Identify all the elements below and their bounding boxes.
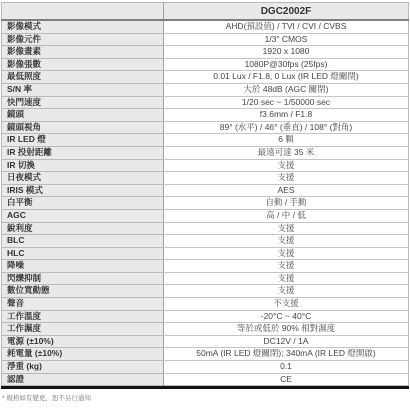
spec-table-body: 影像模式 AHD(預設值) / TVI / CVI / CVBS 影像元件 1/… — [2, 20, 409, 386]
spec-value-cell: 支援 — [164, 172, 409, 185]
spec-value-cell: 支援 — [164, 235, 409, 248]
spec-sheet: DGC2002F 影像模式 AHD(預設值) / TVI / CVI / CVB… — [1, 2, 409, 389]
spec-row: IR 投射距離 最遠可達 35 米 — [2, 146, 409, 159]
spec-value-cell: 1920 x 1080 — [164, 46, 409, 59]
spec-label-cell: 影像元件 — [2, 33, 164, 46]
spec-label-cell: 鏡頭視角 — [2, 121, 164, 134]
spec-value-cell: 高 / 中 / 低 — [164, 209, 409, 222]
spec-label-cell: 數位寬動態 — [2, 285, 164, 298]
spec-row: 影像模式 AHD(預設值) / TVI / CVI / CVBS — [2, 20, 409, 33]
spec-row: S/N 率 大於 48dB (AGC 關閉) — [2, 83, 409, 96]
spec-label-cell: 閃爍抑制 — [2, 272, 164, 285]
spec-label-cell: HLC — [2, 247, 164, 260]
header-empty-cell — [2, 3, 164, 21]
spec-row: 工作濕度 等於或低於 90% 相對濕度 — [2, 323, 409, 336]
spec-table: DGC2002F 影像模式 AHD(預設值) / TVI / CVI / CVB… — [1, 2, 409, 386]
spec-value-cell: 支援 — [164, 260, 409, 273]
spec-row: 影像張數 1080P@30fps (25fps) — [2, 58, 409, 71]
spec-value-cell: 0.1 — [164, 361, 409, 374]
spec-label-cell: 電源 (±10%) — [2, 335, 164, 348]
spec-value-cell: 6 顆 — [164, 134, 409, 147]
spec-label-cell: 淨重 (kg) — [2, 361, 164, 374]
spec-label-cell: 最低照度 — [2, 71, 164, 84]
spec-value-cell: 1/3" CMOS — [164, 33, 409, 46]
spec-value-cell: 最遠可達 35 米 — [164, 146, 409, 159]
spec-value-cell: 自動 / 手動 — [164, 197, 409, 210]
spec-row: 銳利度 支援 — [2, 222, 409, 235]
spec-label-cell: IR 投射距離 — [2, 146, 164, 159]
footnote: * 規格如有變更，恕不另行通知 — [2, 393, 402, 402]
table-bottom-rule — [1, 386, 409, 389]
spec-value-cell: 不支援 — [164, 298, 409, 311]
spec-row: 聲音 不支援 — [2, 298, 409, 311]
spec-row: IRIS 模式 AES — [2, 184, 409, 197]
spec-value-cell: 1/20 sec ~ 1/50000 sec — [164, 96, 409, 109]
spec-row: BLC 支援 — [2, 235, 409, 248]
spec-value-cell: AHD(預設值) / TVI / CVI / CVBS — [164, 20, 409, 33]
spec-value-cell: 大於 48dB (AGC 關閉) — [164, 83, 409, 96]
spec-row: 日夜模式 支援 — [2, 172, 409, 185]
spec-label-cell: IRIS 模式 — [2, 184, 164, 197]
spec-value-cell: AES — [164, 184, 409, 197]
spec-value-cell: 支援 — [164, 285, 409, 298]
spec-label-cell: 日夜模式 — [2, 172, 164, 185]
spec-row: 工作溫度 -20°C ~ 40°C — [2, 310, 409, 323]
spec-label-cell: IR LED 燈 — [2, 134, 164, 147]
spec-row: 降噪 支援 — [2, 260, 409, 273]
spec-label-cell: 影像畫素 — [2, 46, 164, 59]
spec-row: 白平衡 自動 / 手動 — [2, 197, 409, 210]
spec-row: 影像畫素 1920 x 1080 — [2, 46, 409, 59]
model-title: DGC2002F — [164, 3, 409, 21]
spec-value-cell: CE — [164, 373, 409, 386]
spec-value-cell: 89° (水平) / 46° (垂直) / 108° (對角) — [164, 121, 409, 134]
spec-value-cell: 支援 — [164, 222, 409, 235]
spec-row: 鏡頭 f3.6mm / F1.8 — [2, 109, 409, 122]
header-row: DGC2002F — [2, 3, 409, 21]
spec-value-cell: 50mA (IR LED 燈關閉); 340mA (IR LED 燈開啟) — [164, 348, 409, 361]
spec-label-cell: IR 切換 — [2, 159, 164, 172]
spec-label-cell: 白平衡 — [2, 197, 164, 210]
spec-row: 耗電量 (±10%) 50mA (IR LED 燈關閉); 340mA (IR … — [2, 348, 409, 361]
spec-row: 淨重 (kg) 0.1 — [2, 361, 409, 374]
spec-label-cell: BLC — [2, 235, 164, 248]
spec-row: 最低照度 0.01 Lux / F1.8, 0 Lux (IR LED 燈關閉) — [2, 71, 409, 84]
spec-row: 電源 (±10%) DC12V / 1A — [2, 335, 409, 348]
spec-value-cell: DC12V / 1A — [164, 335, 409, 348]
spec-value-cell: f3.6mm / F1.8 — [164, 109, 409, 122]
spec-value-cell: 支援 — [164, 159, 409, 172]
spec-row: 鏡頭視角 89° (水平) / 46° (垂直) / 108° (對角) — [2, 121, 409, 134]
spec-label-cell: 降噪 — [2, 260, 164, 273]
spec-row: 數位寬動態 支援 — [2, 285, 409, 298]
spec-row: 閃爍抑制 支援 — [2, 272, 409, 285]
spec-value-cell: 0.01 Lux / F1.8, 0 Lux (IR LED 燈關閉) — [164, 71, 409, 84]
spec-value-cell: 1080P@30fps (25fps) — [164, 58, 409, 71]
spec-label-cell: 認證 — [2, 373, 164, 386]
spec-row: IR 切換 支援 — [2, 159, 409, 172]
spec-label-cell: 快門速度 — [2, 96, 164, 109]
spec-value-cell: 等於或低於 90% 相對濕度 — [164, 323, 409, 336]
spec-row: HLC 支援 — [2, 247, 409, 260]
spec-label-cell: 鏡頭 — [2, 109, 164, 122]
spec-value-cell: 支援 — [164, 247, 409, 260]
spec-label-cell: 聲音 — [2, 298, 164, 311]
spec-label-cell: 影像張數 — [2, 58, 164, 71]
spec-label-cell: 影像模式 — [2, 20, 164, 33]
spec-row: IR LED 燈 6 顆 — [2, 134, 409, 147]
spec-label-cell: 耗電量 (±10%) — [2, 348, 164, 361]
spec-label-cell: S/N 率 — [2, 83, 164, 96]
spec-label-cell: 銳利度 — [2, 222, 164, 235]
spec-label-cell: AGC — [2, 209, 164, 222]
spec-row: 快門速度 1/20 sec ~ 1/50000 sec — [2, 96, 409, 109]
spec-row: 認證 CE — [2, 373, 409, 386]
spec-row: 影像元件 1/3" CMOS — [2, 33, 409, 46]
spec-table-header: DGC2002F — [2, 3, 409, 21]
spec-label-cell: 工作溫度 — [2, 310, 164, 323]
spec-row: AGC 高 / 中 / 低 — [2, 209, 409, 222]
spec-label-cell: 工作濕度 — [2, 323, 164, 336]
spec-value-cell: 支援 — [164, 272, 409, 285]
spec-value-cell: -20°C ~ 40°C — [164, 310, 409, 323]
